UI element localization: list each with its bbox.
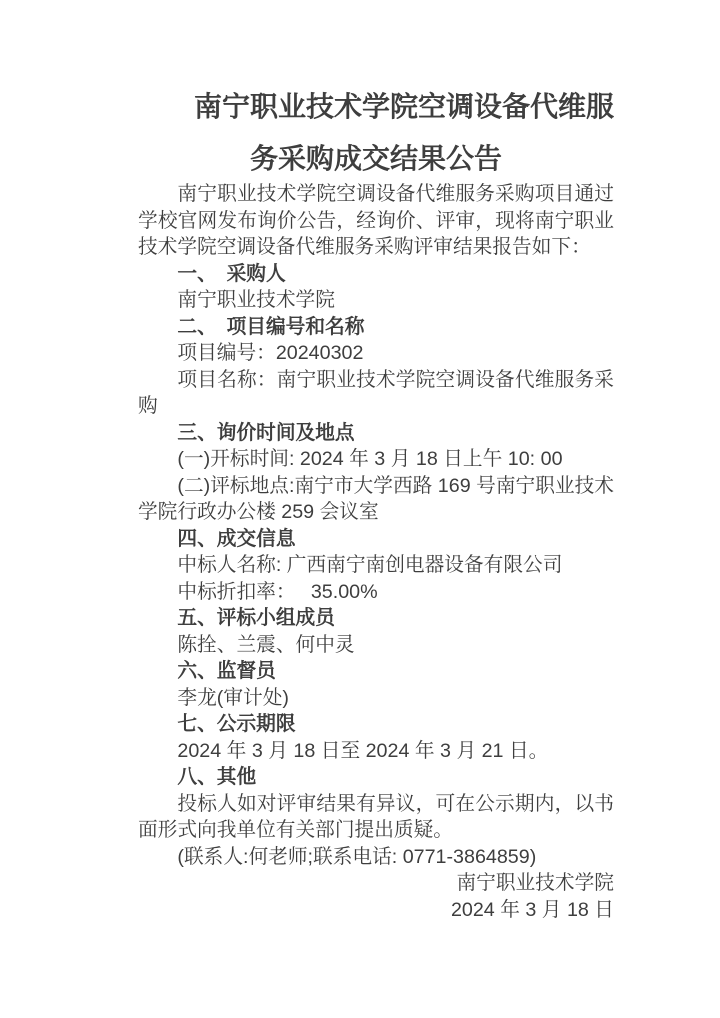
paragraph: 中标人名称: 广西南宁南创电器设备有限公司 — [138, 552, 614, 579]
section-heading: 四、成交信息 — [138, 526, 614, 553]
document-body: 南宁职业技术学院空调设备代维服务采购项目通过学校官网发布询价公告，经询价、评审，… — [138, 181, 614, 923]
paragraph: (二)评标地点:南宁市大学西路 169 号南宁职业技术学院行政办公楼 259 会… — [138, 473, 614, 526]
signature-line: 2024 年 3 月 18 日 — [138, 897, 614, 924]
paragraph: 陈拴、兰震、何中灵 — [138, 632, 614, 659]
section-heading: 一、 采购人 — [138, 261, 614, 288]
section-heading: 七、公示期限 — [138, 711, 614, 738]
paragraph: 李龙(审计处) — [138, 685, 614, 712]
section-heading: 六、监督员 — [138, 658, 614, 685]
paragraph: 南宁职业技术学院 — [138, 287, 614, 314]
section-heading: 八、其他 — [138, 764, 614, 791]
paragraph: 投标人如对评审结果有异议，可在公示期内，以书面形式向我单位有关部门提出质疑。 — [138, 791, 614, 844]
paragraph: (联系人:何老师;联系电话: 0771-3864859) — [138, 844, 614, 871]
paragraph: 项目名称：南宁职业技术学院空调设备代维服务采购 — [138, 367, 614, 420]
document-title-line-2: 务采购成交结果公告 — [138, 133, 614, 185]
paragraph: 南宁职业技术学院空调设备代维服务采购项目通过学校官网发布询价公告，经询价、评审，… — [138, 181, 614, 261]
section-heading: 五、评标小组成员 — [138, 605, 614, 632]
paragraph: (一)开标时间: 2024 年 3 月 18 日上午 10: 00 — [138, 446, 614, 473]
document-page: 南宁职业技术学院空调设备代维服 务采购成交结果公告 南宁职业技术学院空调设备代维… — [0, 0, 720, 1018]
paragraph: 2024 年 3 月 18 日至 2024 年 3 月 21 日。 — [138, 738, 614, 765]
signature-line: 南宁职业技术学院 — [138, 870, 614, 897]
paragraph: 中标折扣率： 35.00% — [138, 579, 614, 606]
section-heading: 三、询价时间及地点 — [138, 420, 614, 447]
section-heading: 二、 项目编号和名称 — [138, 314, 614, 341]
paragraph: 项目编号：20240302 — [138, 340, 614, 367]
announcement-document: 南宁职业技术学院空调设备代维服 务采购成交结果公告 南宁职业技术学院空调设备代维… — [0, 0, 720, 923]
document-title: 南宁职业技术学院空调设备代维服 务采购成交结果公告 — [138, 81, 614, 185]
document-title-line-1: 南宁职业技术学院空调设备代维服 — [138, 81, 614, 133]
